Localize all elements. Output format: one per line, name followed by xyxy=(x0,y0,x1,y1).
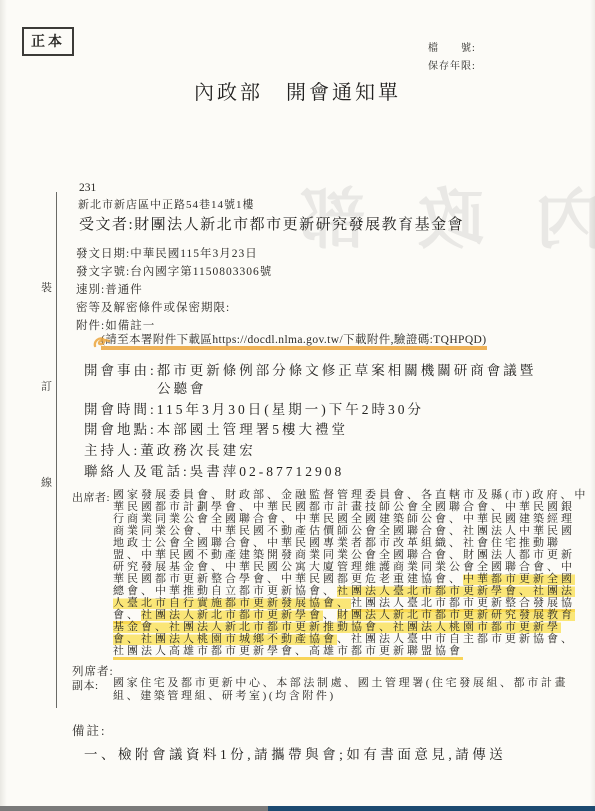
attendees-label: 出席者: xyxy=(72,489,110,505)
attendee-line: 人臺北市自行實施都市更新發展協會、社團法人臺北市都市更新整合發展協 xyxy=(113,597,588,609)
bottom-bar-left xyxy=(0,806,268,811)
attachment-download-note: (請至本署附件下載區https://docdl.nlma.gov.tw/下載附件… xyxy=(101,331,487,347)
attendee-line: 盟、中華民國不動產建築開發商業同業公會全國聯合會、財團法人都市更新 xyxy=(113,549,588,561)
meeting-contact-line: 聯絡人及電話:吳書萍02-87712908 xyxy=(84,460,344,480)
attendee-line: 研究發展基金會、中華民國公寓大廈管理維護商業同業公會全國聯合會、中 xyxy=(113,561,588,573)
binding-char-xian: 線 xyxy=(39,474,54,490)
document-page: 正本 檔 號: 保存年限: 內政部 開會通知單 內政部 裝 訂 線 231 新北… xyxy=(0,0,595,811)
attendees-list: 國家發展委員會、財政部、金融監督管理委員會、各直轄市及縣(市)政府、中華民國都市… xyxy=(72,489,588,657)
marker-swirl-icon xyxy=(93,333,111,349)
attendee-line: 華民國都市更新整合學會、中華民國都更危老重建協會、中華都市更新全國 xyxy=(113,573,588,585)
binding-line xyxy=(56,192,57,708)
attendee-line: 社團法人高雄市都市更新學會、高雄市都市更新聯盟協會 xyxy=(113,645,588,657)
page-title: 內政部 開會通知單 xyxy=(0,76,595,105)
attendee-line: 會、社團法人新北市都市更新學會、財團法人新北市都市更新研究發展教育 xyxy=(113,609,588,621)
binding-char-ding: 訂 xyxy=(39,378,54,394)
attendee-line: 華民國都市計劃學會、中華民國都市計畫技師公會全國聯合會、中華民國銀 xyxy=(113,501,588,513)
attendee-line: 行商業同業公會全國聯合會、中華民國全國建築師公會、中華民國建築經理 xyxy=(113,513,588,525)
attendee-line: 會、社團法人桃園市城鄉不動產協會、社團法人臺中市自主都市更新協會、 xyxy=(113,633,588,645)
attendee-line: 地政士公會全國聯合會、中華民國專業者都市改革組織、社會住宅推動聯 xyxy=(113,537,588,549)
issue-date-line: 發文日期:中華民國115年3月23日 xyxy=(76,245,258,261)
meeting-subject-line2: 公聽會 xyxy=(157,377,207,397)
bottom-bar-right xyxy=(268,806,595,811)
meeting-subject-line1: 開會事由:都市更新條例部分條文修正草案相關機關研商會議暨 xyxy=(84,359,536,379)
attachment-note-text: (請至本署附件下載區https://docdl.nlma.gov.tw/下載附件… xyxy=(101,334,487,346)
note-item: 一、檢附會議資料1份,請攜帶與會;如有書面意見,請傳送 xyxy=(84,743,506,763)
binding-char-zhuang: 裝 xyxy=(39,279,54,295)
recipient-number: 231 xyxy=(79,182,96,194)
recipient-address: 新北市新店區中正路54巷14號1樓 xyxy=(78,196,255,212)
copy-stamp: 正本 xyxy=(22,27,74,56)
attendee-line: 商業同業公會、中華民國不動產估價師公會全國聯合會、社團法人中華民國 xyxy=(113,525,588,537)
speed-line: 速別:普通件 xyxy=(76,281,143,297)
cc-block: 副本: 國家住宅及都市更新中心、本部法制處、國土管理署(住宅發展組、都市計畫 組… xyxy=(72,677,568,702)
file-number-label: 檔 號: xyxy=(428,39,476,54)
attendees-block: 出席者: 國家發展委員會、財政部、金融監督管理委員會、各直轄市及縣(市)政府、中… xyxy=(72,489,588,657)
attendee-line: 總會、中華推動自立都市更新協會、社團法人臺北市都市更新學會、社團法 xyxy=(113,585,588,597)
cc-line: 組、建築管理組、研考室)(均含附件) xyxy=(113,690,568,703)
meeting-chair-line: 主持人:董政務次長建宏 xyxy=(84,439,256,459)
attendee-line: 國家發展委員會、財政部、金融監督管理委員會、各直轄市及縣(市)政府、中 xyxy=(113,489,588,501)
cc-line: 國家住宅及都市更新中心、本部法制處、國土管理署(住宅發展組、都市計畫 xyxy=(113,677,568,690)
doc-number-line: 發文字號:台內國字第1150803306號 xyxy=(76,263,272,279)
retention-period-label: 保存年限: xyxy=(428,57,476,72)
meeting-place-line: 開會地點:本部國土管理署5樓大禮堂 xyxy=(84,418,348,438)
attendee-line: 基金會、社團法人新北市都市更新推動協會、社團法人桃園市都市更新學 xyxy=(113,621,588,633)
notes-label: 備註: xyxy=(72,721,106,739)
security-line: 密等及解密條件或保密期限: xyxy=(76,299,230,315)
recipient-line: 受文者:財團法人新北市都市更新研究發展教育基金會 xyxy=(79,213,464,234)
meeting-time-line: 開會時間:115年3月30日(星期一)下午2時30分 xyxy=(84,398,424,418)
cc-label: 副本: xyxy=(72,677,99,693)
